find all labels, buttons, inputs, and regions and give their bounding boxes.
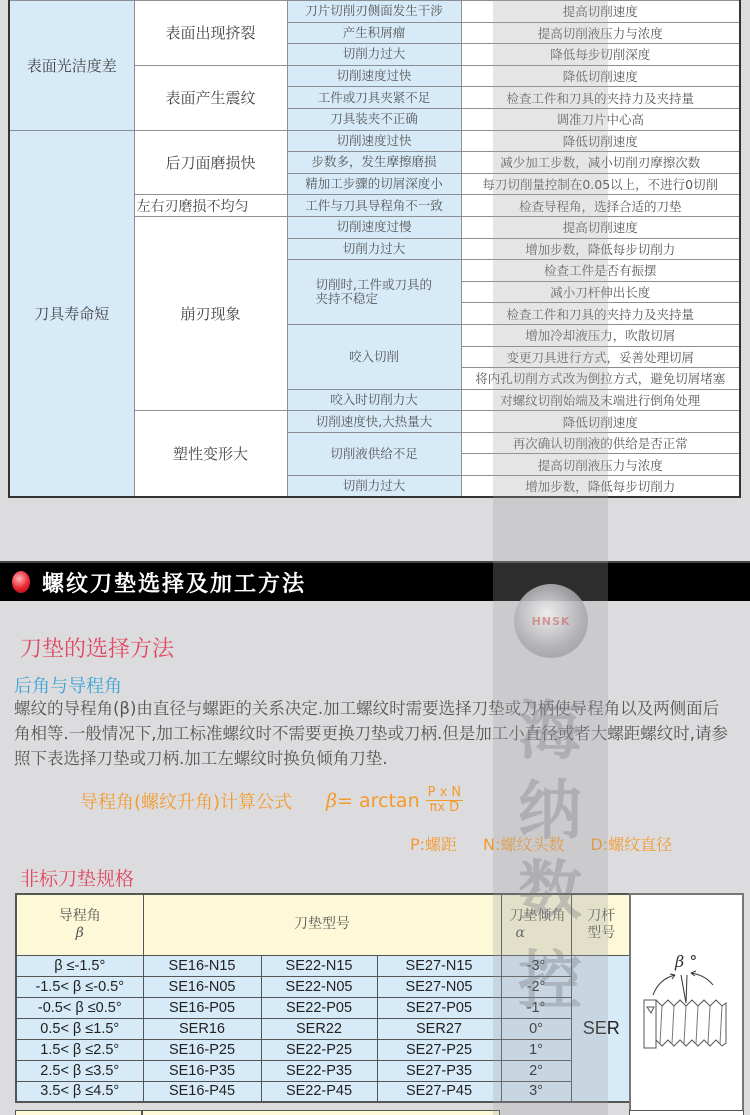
table-row: 1.5< β ≤2.5° SE16-P25 SE22-P25 SE27-P25 … xyxy=(16,1039,632,1060)
table-row: 0.5< β ≤1.5° SER16 SER22 SER27 0° xyxy=(16,1018,632,1039)
cause-cell: 精加工步骤的切屑深度小 xyxy=(287,173,461,195)
cause-cell: 切削速度过快 xyxy=(287,130,461,152)
fix-cell: 检查工件和刀具的夹持力及夹持量 xyxy=(461,87,740,109)
table-row: -1.5< β ≤-0.5° SE16-N05 SE22-N05 SE27-N0… xyxy=(16,976,632,997)
model-cell: SE16-P35 xyxy=(143,1060,261,1081)
formula-expression: β= arctan xyxy=(326,790,420,812)
cause-cell: 产生积屑瘤 xyxy=(287,22,461,44)
model-cell: SE27-P45 xyxy=(377,1081,501,1102)
fix-cell: 检查工件是否有振摆 xyxy=(461,260,740,282)
model-cell: SER22 xyxy=(261,1018,377,1039)
table-row: 表面光洁度差 表面出现挤裂 刀片切削刃侧面发生干涉 提高切削速度 xyxy=(9,1,740,23)
range-cell: 3.5< β ≤4.5° xyxy=(16,1081,143,1102)
holder-cell: SER xyxy=(571,955,632,1102)
fix-cell: 减小刀杆伸出长度 xyxy=(461,281,740,303)
fix-cell: 降低切削速度 xyxy=(461,65,740,87)
cause-cell: 刀具装夹不正确 xyxy=(287,108,461,130)
tilt-cell: 0° xyxy=(501,1018,571,1039)
model-cell: SE16-N15 xyxy=(143,955,261,976)
formula-fraction: P x N πx D xyxy=(426,786,464,815)
section-title: 螺纹刀垫选择及加工方法 xyxy=(42,567,306,598)
selection-heading: 刀垫的选择方法 xyxy=(20,632,174,663)
cause-cell: 切削速度快,大热量大 xyxy=(287,411,461,433)
model-cell: SE16-N05 xyxy=(143,976,261,997)
symptom-cell: 崩刃现象 xyxy=(134,216,287,410)
thread-diagram: β ° xyxy=(629,893,744,1115)
model-cell: SE27-N15 xyxy=(377,955,501,976)
diagram-beta-label: β ° xyxy=(674,952,697,971)
cause-cell: 切削速度过慢 xyxy=(287,216,461,238)
header-lead-angle-label: 导程角 xyxy=(17,908,143,925)
cause-cell: 咬入时切削力大 xyxy=(287,389,461,411)
header-lead-angle: 导程角 β xyxy=(16,894,143,955)
model-cell: SE16-P45 xyxy=(143,1081,261,1102)
model-cell: SER16 xyxy=(143,1018,261,1039)
range-cell: β ≤-1.5° xyxy=(16,955,143,976)
model-cell: SE27-P05 xyxy=(377,997,501,1018)
model-cell: SE22-P45 xyxy=(261,1081,377,1102)
tilt-cell: -2° xyxy=(501,976,571,997)
red-bullet-icon xyxy=(12,571,30,593)
model-cell: SE27-N05 xyxy=(377,976,501,997)
cause-cell: 切削力过大 xyxy=(287,476,461,498)
tilt-cell: 3° xyxy=(501,1081,571,1102)
header-alpha-symbol: α xyxy=(516,925,525,941)
header-tilt-label: 刀垫倾角 xyxy=(510,908,566,924)
model-cell: SE22-P35 xyxy=(261,1060,377,1081)
symptom-cell: 后刀面磨损快 xyxy=(134,130,287,195)
thread-lead-angle-icon: β ° xyxy=(631,895,742,1115)
var-p: P:螺距 xyxy=(410,832,457,855)
formula-variables: P:螺距 N:螺纹头数 D:螺纹直径 xyxy=(410,832,672,855)
var-d: D:螺纹直径 xyxy=(590,832,672,855)
table-row: 刀具寿命短 后刀面磨损快 切削速度过快 降低切削速度 xyxy=(9,130,740,152)
header-tilt-angle: 刀垫倾角 α xyxy=(501,894,571,955)
fix-cell: 将内孔切削方式改为倒拉方式，避免切屑堵塞 xyxy=(461,368,740,390)
model-cell: SE22-P05 xyxy=(261,997,377,1018)
formula-beta: β xyxy=(326,790,337,812)
range-cell: -1.5< β ≤-0.5° xyxy=(16,976,143,997)
model-cell: SE16-P25 xyxy=(143,1039,261,1060)
fix-cell: 降低每步切削深度 xyxy=(461,44,740,66)
selection-paragraph: 螺纹的导程角(β)由直径与螺距的关系决定.加工螺纹时需要选择刀垫或刀柄使导程角以… xyxy=(14,696,734,771)
header-holder-model: 刀杆型号 xyxy=(571,894,632,955)
fix-cell: 检查导程角，选择合适的刀垫 xyxy=(461,195,740,217)
tilt-cell: -1° xyxy=(501,997,571,1018)
cause-cell: 切削力过大 xyxy=(287,238,461,260)
model-cell: SE22-P25 xyxy=(261,1039,377,1060)
table-header-row: 导程角 β 刀垫型号 刀垫倾角 α 刀杆型号 xyxy=(16,894,632,955)
cause-cell: 工件或刀具夹紧不足 xyxy=(287,87,461,109)
troubleshooting-table: 表面光洁度差 表面出现挤裂 刀片切削刃侧面发生干涉 提高切削速度 产生积屑瘤 提… xyxy=(8,0,741,498)
next-table-edge xyxy=(142,1110,500,1115)
fix-cell: 提高切削速度 xyxy=(461,216,740,238)
fix-cell: 增加步数，降低每步切削力 xyxy=(461,476,740,498)
model-cell: SE22-N05 xyxy=(261,976,377,997)
var-n: N:螺纹头数 xyxy=(483,832,564,855)
fix-cell: 变更刀具进行方式，妥善处理切屑 xyxy=(461,346,740,368)
spec-heading: 非标刀垫规格 xyxy=(20,864,134,891)
category-cell: 表面光洁度差 xyxy=(9,1,134,131)
fix-cell: 对螺纹切削始端及末端进行倒角处理 xyxy=(461,389,740,411)
tilt-cell: 2° xyxy=(501,1060,571,1081)
selection-subheading: 后角与导程角 xyxy=(14,672,122,698)
cause-cell: 刀片切削刃侧面发生干涉 xyxy=(287,1,461,23)
fix-cell: 检查工件和刀具的夹持力及夹持量 xyxy=(461,303,740,325)
range-cell: 2.5< β ≤3.5° xyxy=(16,1060,143,1081)
model-cell: SE16-P05 xyxy=(143,997,261,1018)
fix-cell: 调准刀片中心高 xyxy=(461,108,740,130)
formula-arctan: = arctan xyxy=(337,790,420,812)
symptom-cell: 表面出现挤裂 xyxy=(134,1,287,66)
cause-cell: 咬入切削 xyxy=(287,324,461,389)
next-table-edge xyxy=(15,1110,142,1115)
fix-cell: 提高切削液压力与浓度 xyxy=(461,454,740,476)
range-cell: -0.5< β ≤0.5° xyxy=(16,997,143,1018)
table-row: β ≤-1.5° SE16-N15 SE22-N15 SE27-N15 -3° … xyxy=(16,955,632,976)
next-table-edge xyxy=(629,1110,744,1115)
category-cell: 刀具寿命短 xyxy=(9,130,134,497)
section-header: 螺纹刀垫选择及加工方法 xyxy=(0,561,750,601)
cause-cell: 工件与刀具导程角不一致 xyxy=(287,195,461,217)
fix-cell: 降低切削速度 xyxy=(461,411,740,433)
range-cell: 1.5< β ≤2.5° xyxy=(16,1039,143,1060)
symptom-cell: 塑性变形大 xyxy=(134,411,287,497)
table-row: 3.5< β ≤4.5° SE16-P45 SE22-P45 SE27-P45 … xyxy=(16,1081,632,1102)
table-row: -0.5< β ≤0.5° SE16-P05 SE22-P05 SE27-P05… xyxy=(16,997,632,1018)
tilt-cell: 1° xyxy=(501,1039,571,1060)
fix-cell: 增加步数，降低每步切削力 xyxy=(461,238,740,260)
table-row: 2.5< β ≤3.5° SE16-P35 SE22-P35 SE27-P35 … xyxy=(16,1060,632,1081)
formula-numerator: P x N xyxy=(426,786,464,801)
model-cell: SE27-P35 xyxy=(377,1060,501,1081)
fix-cell: 再次确认切削液的供给是否正常 xyxy=(461,432,740,454)
header-insert-model: 刀垫型号 xyxy=(143,894,501,955)
lead-angle-formula: 导程角(螺纹升角)计算公式 β= arctan P x N πx D xyxy=(80,786,463,815)
symptom-cell: 表面产生震纹 xyxy=(134,65,287,130)
cause-cell: 切削液供给不足 xyxy=(287,432,461,475)
insert-spec-table: 导程角 β 刀垫型号 刀垫倾角 α 刀杆型号 β ≤-1.5° SE16-N15… xyxy=(15,893,633,1103)
fix-cell: 降低切削速度 xyxy=(461,130,740,152)
fix-cell: 提高切削速度 xyxy=(461,1,740,23)
cause-cell: 切削时,工件或刀具的夹持不稳定 xyxy=(287,260,461,325)
fix-cell: 增加冷却液压力，吹散切屑 xyxy=(461,324,740,346)
fix-cell: 提高切削液压力与浓度 xyxy=(461,22,740,44)
cause-cell: 切削速度过快 xyxy=(287,65,461,87)
cause-cell: 切削力过大 xyxy=(287,44,461,66)
formula-label: 导程角(螺纹升角)计算公式 xyxy=(80,788,292,814)
fix-cell: 减少加工步数，减小切削刃摩擦次数 xyxy=(461,152,740,174)
symptom-cell: 左右刃磨损不均匀 xyxy=(134,195,287,217)
model-cell: SE27-P25 xyxy=(377,1039,501,1060)
fix-cell: 每刀切削量控制在0.05以上，不进行0切削 xyxy=(461,173,740,195)
header-beta-symbol: β xyxy=(17,925,143,942)
range-cell: 0.5< β ≤1.5° xyxy=(16,1018,143,1039)
formula-denominator: πx D xyxy=(430,801,460,815)
tilt-cell: -3° xyxy=(501,955,571,976)
cause-cell: 步数多，发生摩擦磨损 xyxy=(287,152,461,174)
model-cell: SER27 xyxy=(377,1018,501,1039)
model-cell: SE22-N15 xyxy=(261,955,377,976)
